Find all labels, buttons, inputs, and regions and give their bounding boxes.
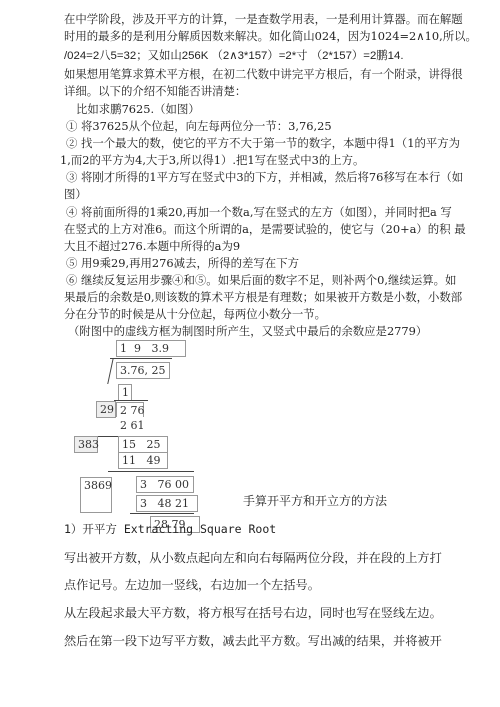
- intro-line-2: 时用的最多的是利用分解质因数来解决。如化简山024，因为1024=2∧10,所以…: [64, 28, 477, 44]
- section-line-1: 写出被开方数，从小数点起向左和向右每隔两位分段，并在段的上方打: [64, 549, 442, 566]
- radical-bar: [110, 358, 172, 359]
- long-division-diagram: 1 9 3.9 3.76, 25 1 29 2 76 2 61 383 15 2…: [80, 340, 250, 520]
- intro-line-5: 详细。以下的介绍不知能否讲清楚：: [64, 83, 246, 99]
- step-3-line-a: ③ 将刚才所得的1平方写在竖式中3的下方，并相减，然后将76移写在本行（如: [66, 169, 463, 185]
- step-6-line-a: ⑥ 继续反复运用步骤④和⑤。如果后面的数字不足，则补两个0,继续运算。如: [66, 272, 456, 288]
- radicand-box: 3.76, 25: [116, 362, 170, 379]
- subtrahend-1: 2 61: [116, 417, 144, 434]
- note-line: （附图中的虚线方框为制图时所产生，又竖式中最后的余数应是2779）: [68, 323, 427, 339]
- step-3-line-b: 图）: [64, 186, 87, 202]
- figure-caption: 手算开平方和开立方的方法: [243, 492, 387, 509]
- divisor-3869: 3869: [80, 477, 112, 513]
- divisor-29: 29: [96, 401, 116, 418]
- step-1: ① 将37625从个位起，向左每两位分一节：3,76,25: [66, 118, 332, 134]
- divider-1: [114, 400, 148, 401]
- subtrahend-3: 3 48 21: [136, 495, 198, 512]
- step-2-line-b: 1,而2的平方为4,大于3,所以得1）.把1写在竖式中3的上方。: [60, 152, 364, 168]
- step-4-line-c: 大且不超过276.本题中所得的a为9: [64, 238, 240, 254]
- intro-line-1: 在中学阶段，涉及开平方的计算，一是查数学用表，一是利用计算器。而在解题: [64, 11, 463, 27]
- section-line-2: 点作记号。左边加一竖线，右边加一个左括号。: [64, 576, 320, 593]
- divisor-383: 383: [74, 436, 98, 453]
- divider-4: [130, 513, 194, 514]
- quotient-box: 1 9 3.9: [116, 340, 186, 357]
- section-line-3: 从左段起求最大平方数，将方根写在括号右边，同时也写在竖线左边。: [64, 604, 442, 621]
- remainder-3: 3 76 00: [136, 476, 194, 493]
- section-heading: 1）开平方 Extracting Square Root: [64, 521, 276, 537]
- intro-line-4: 如果想用笔算求算术平方根，在初二代数中讲完平方根后，有一个附录，讲得很: [64, 66, 463, 82]
- remainder-2: 15 25: [118, 436, 168, 453]
- radical-stroke: [107, 358, 114, 384]
- section-line-4: 然后在第一段下边写平方数，减去此平方数。写出减的结果，并将被开: [64, 632, 442, 649]
- subtrahend-2: 11 49: [118, 452, 168, 469]
- step-5: ⑤ 用9乘29,再用276减去，所得的差写在下方: [66, 255, 299, 271]
- step-6-line-b: 果最后的余数是0,则该数的算术平方根是有理数；如果被开方数是小数，小数部: [64, 289, 462, 305]
- step-2-line-a: ② 找一个最大的数，使它的平方不大于第一节的数字，本题中得1（1的平方为: [66, 135, 460, 151]
- step-6-line-c: 分在分节的时候是从十分位起，每两位小数分一节。: [64, 306, 326, 322]
- first-subtrahend: 1: [118, 384, 132, 401]
- step-4-line-a: ④ 将前面所得的1乘20,再加一个数a,写在竖式的左方（如图），并同时把a 写: [66, 204, 452, 220]
- intro-line-3: /024=2八5=32；又如山256K （2∧3*157）=2*寸 （2*157…: [64, 47, 404, 63]
- divider-3: [108, 471, 194, 472]
- step-4-line-b: 在竖式的上方对准6。而这个所谓的a，是需要试验的，使它与（20+a）的积 最: [64, 221, 466, 237]
- example-line: 比如求鹏7625.（如图）: [76, 101, 200, 117]
